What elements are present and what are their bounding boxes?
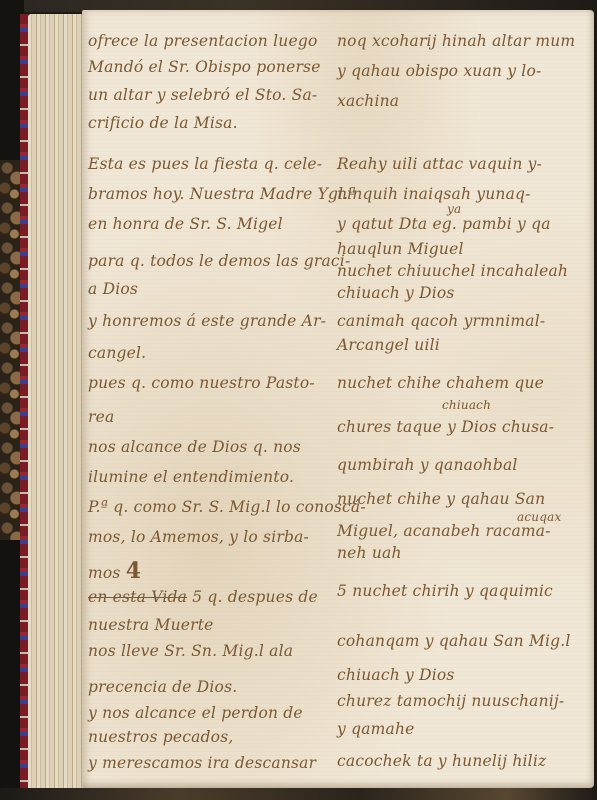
text-fragment: mos — [88, 564, 121, 582]
text-line: en esta Vida 5 q. despues de — [88, 588, 318, 606]
text-line: chiuach y Dios — [337, 666, 455, 684]
text-line: 5 nuchet chirih y qaquimic — [337, 582, 553, 600]
text-line: precencia de Dios. — [88, 678, 237, 696]
text-line: ninquih inaiqsah yunaq- — [337, 185, 531, 203]
page-edges — [28, 14, 88, 790]
text-line: y merescamos ira descansar — [88, 754, 316, 772]
text-line: nos lleve Sr. Sn. Mig.l ala — [88, 642, 293, 660]
interlinear-note: chiuach — [442, 398, 491, 412]
text-line: en honra de Sr. S. Migel — [88, 215, 283, 233]
text-line: para q. todos le demos las graci- — [88, 252, 350, 270]
text-line: a Dios — [88, 280, 138, 298]
item-number: 4 — [126, 558, 142, 584]
text-line: y qamahe — [337, 720, 415, 738]
text-line: canimah qacoh yrmnimal- — [337, 312, 545, 330]
headband — [20, 14, 28, 790]
text-line: chures taque y Dios chusa- — [337, 418, 554, 436]
text-line: nuestros pecados, — [88, 728, 234, 746]
text-line: nos alcance de Dios q. nos — [88, 438, 301, 456]
text-line: crificio de la Misa. — [88, 114, 238, 132]
text-line: nuestra Muerte — [88, 616, 214, 634]
text-line: neh uah — [337, 544, 402, 562]
text-line: pues q. como nuestro Pasto- — [88, 374, 315, 392]
text-line: churez tamochij nuuschanij- — [337, 692, 564, 710]
text-line: Reahy uili attac vaquin y- — [337, 155, 542, 173]
text-line: nuchet chiuuchel incahaleah — [337, 262, 568, 280]
text-line: Esta es pues la fiesta q. cele- — [88, 155, 322, 173]
text-line: noq xcoharij hinah altar mum — [337, 32, 575, 50]
text-line: ofrece la presentacion luego — [88, 32, 318, 50]
text-line: P.ª q. como Sr. S. Mig.l lo conoscá- — [88, 498, 366, 516]
text-line: bramos hoy. Nuestra Madre Ygl.ª — [88, 185, 356, 203]
struck-text: en esta Vida — [88, 588, 187, 606]
text-line: chiuach y Dios — [337, 284, 455, 302]
text-fragment: nuchet chirih y qaquimic — [352, 582, 553, 600]
text-line: cohanqam y qahau San Mig.l — [337, 632, 571, 650]
text-line: cacochek ta y hunelij hiliz — [337, 752, 546, 770]
text-line: y nos alcance el perdon de — [88, 704, 303, 722]
text-line: mos, lo Amemos, y lo sirba- — [88, 528, 309, 546]
text-line: Mandó el Sr. Obispo ponerse — [88, 58, 321, 76]
text-line: nuchet chihe chahem que — [337, 374, 544, 392]
item-number: 5 — [192, 588, 202, 606]
text-line: y honremos á este grande Ar- — [88, 312, 326, 330]
interlinear-note: ya — [447, 202, 461, 216]
text-line: qumbirah y qanaohbal — [337, 456, 518, 474]
manuscript-page: ofrece la presentacion luego Mandó el Sr… — [82, 10, 594, 788]
text-line: un altar y selebró el Sto. Sa- — [88, 86, 317, 104]
text-line: nuchet chihe y qahau San — [337, 490, 545, 508]
text-line: xachina — [337, 92, 399, 110]
book-cover-bottom — [0, 788, 597, 800]
text-line: cangel. — [88, 344, 146, 362]
text-line: ilumine el entendimiento. — [88, 468, 294, 486]
text-line: hauqlun Miguel — [337, 240, 464, 258]
text-line: Miguel, acanabeh racama- — [337, 522, 551, 540]
item-number: 5 — [337, 582, 347, 600]
text-line: Arcangel uili — [337, 336, 440, 354]
text-line: rea — [88, 408, 114, 426]
text-line: mos 4 — [88, 558, 141, 584]
text-line: y qatut Dta eg. pambi y qa — [337, 215, 551, 233]
text-fragment: q. despues de — [207, 588, 317, 606]
text-line: y qahau obispo xuan y lo- — [337, 62, 541, 80]
